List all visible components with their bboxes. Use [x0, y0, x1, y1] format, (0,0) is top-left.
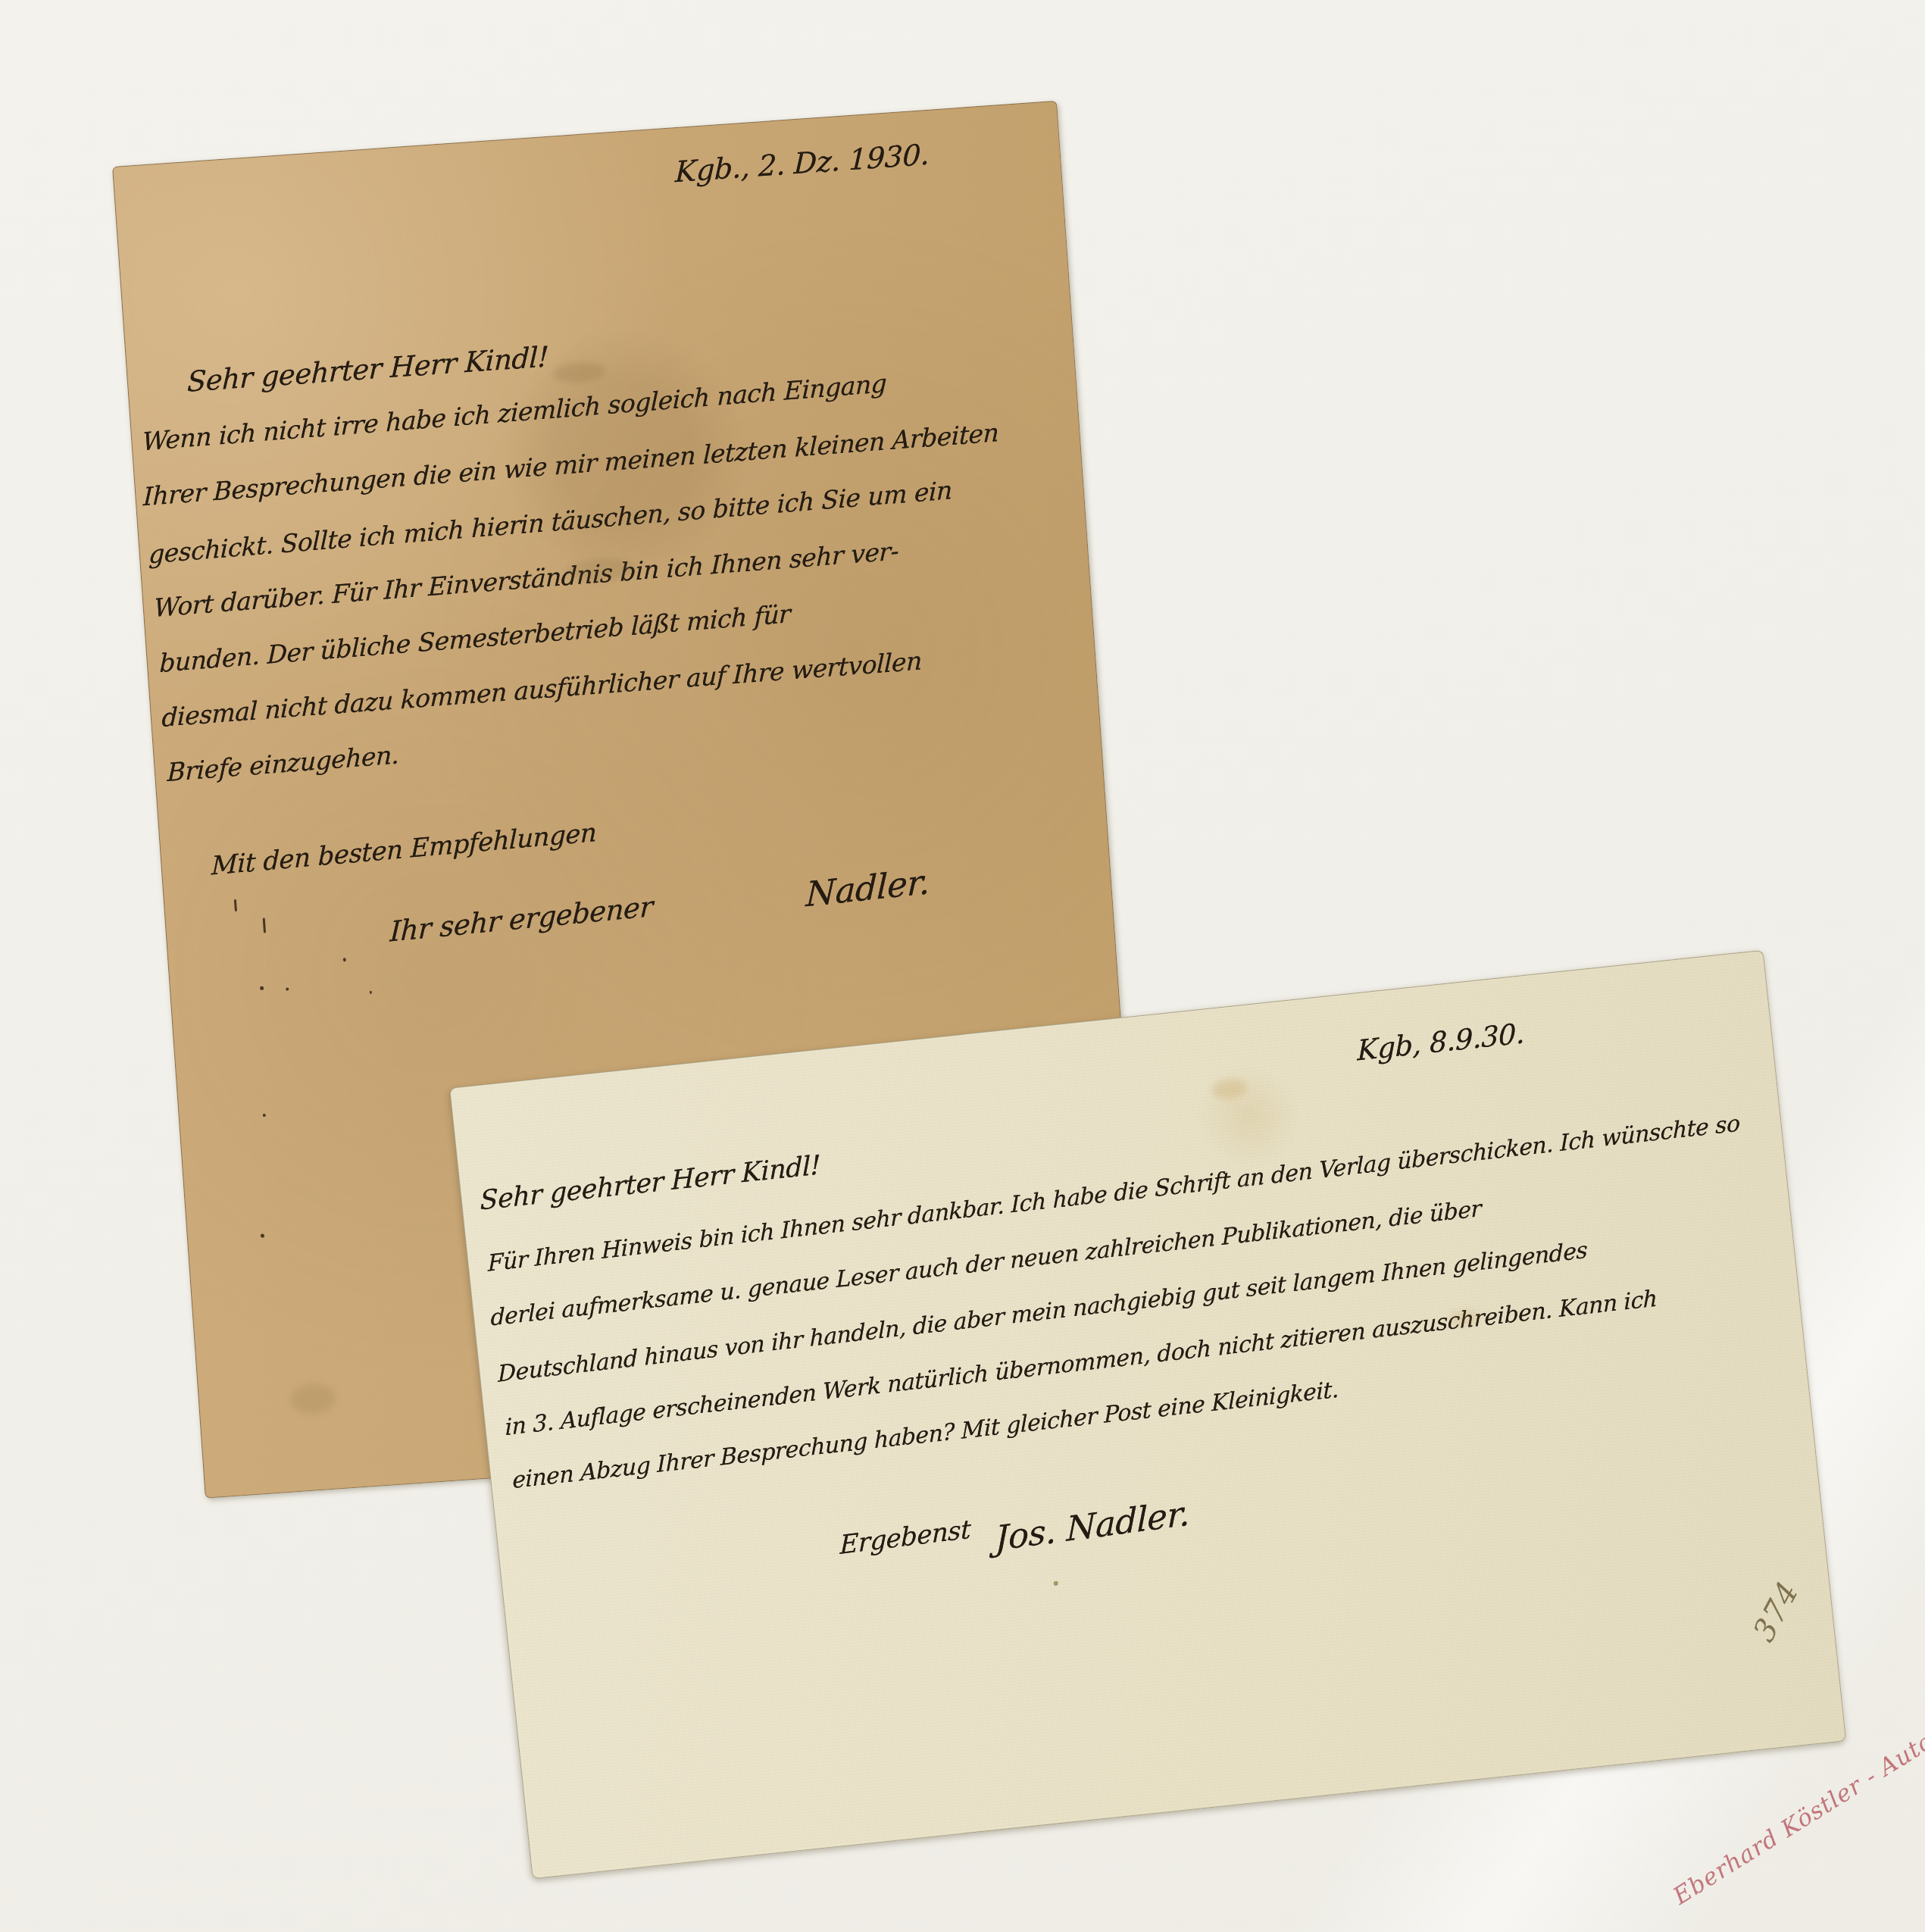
ink-speck — [370, 991, 372, 994]
ink-speck — [286, 987, 289, 990]
letter1-closing: Mit den besten Empfehlungen — [211, 818, 597, 882]
letter2-closing: Ergebenst — [839, 1515, 970, 1561]
photo-canvas: Kgb., 2. Dz. 1930. Sehr geehrter Herr Ki… — [0, 0, 1925, 1932]
ink-speck — [260, 986, 264, 990]
letter2-card: Kgb, 8.9.30. Sehr geehrter Herr Kindl! F… — [449, 950, 1846, 1880]
letter2-signature: Jos. Nadler. — [995, 1493, 1189, 1558]
letter1-date: Kgb., 2. Dz. 1930. — [675, 138, 930, 189]
letter1-signature-prefix: Ihr sehr ergebener — [389, 890, 654, 949]
letter2-date: Kgb, 8.9.30. — [1357, 1017, 1524, 1067]
ink-speck — [263, 1114, 266, 1117]
paper-stain — [1211, 1077, 1248, 1101]
ink-speck — [263, 918, 266, 933]
ink-speck — [343, 958, 346, 961]
letter1-salutation: Sehr geehrter Herr Kindl! — [186, 340, 549, 399]
paper-stain — [552, 361, 607, 384]
pencil-inventory-number: 374 — [1747, 1574, 1806, 1648]
letter1-signature: Nadler. — [805, 861, 930, 914]
paper-stain — [289, 1382, 337, 1415]
letter1-body-line: Briefe einzugehen. — [167, 739, 399, 787]
ink-speck — [261, 1233, 264, 1237]
ink-speck — [1053, 1581, 1058, 1587]
ink-speck — [234, 899, 237, 911]
letter2-salutation: Sehr geehrter Herr Kindl! — [480, 1150, 820, 1216]
